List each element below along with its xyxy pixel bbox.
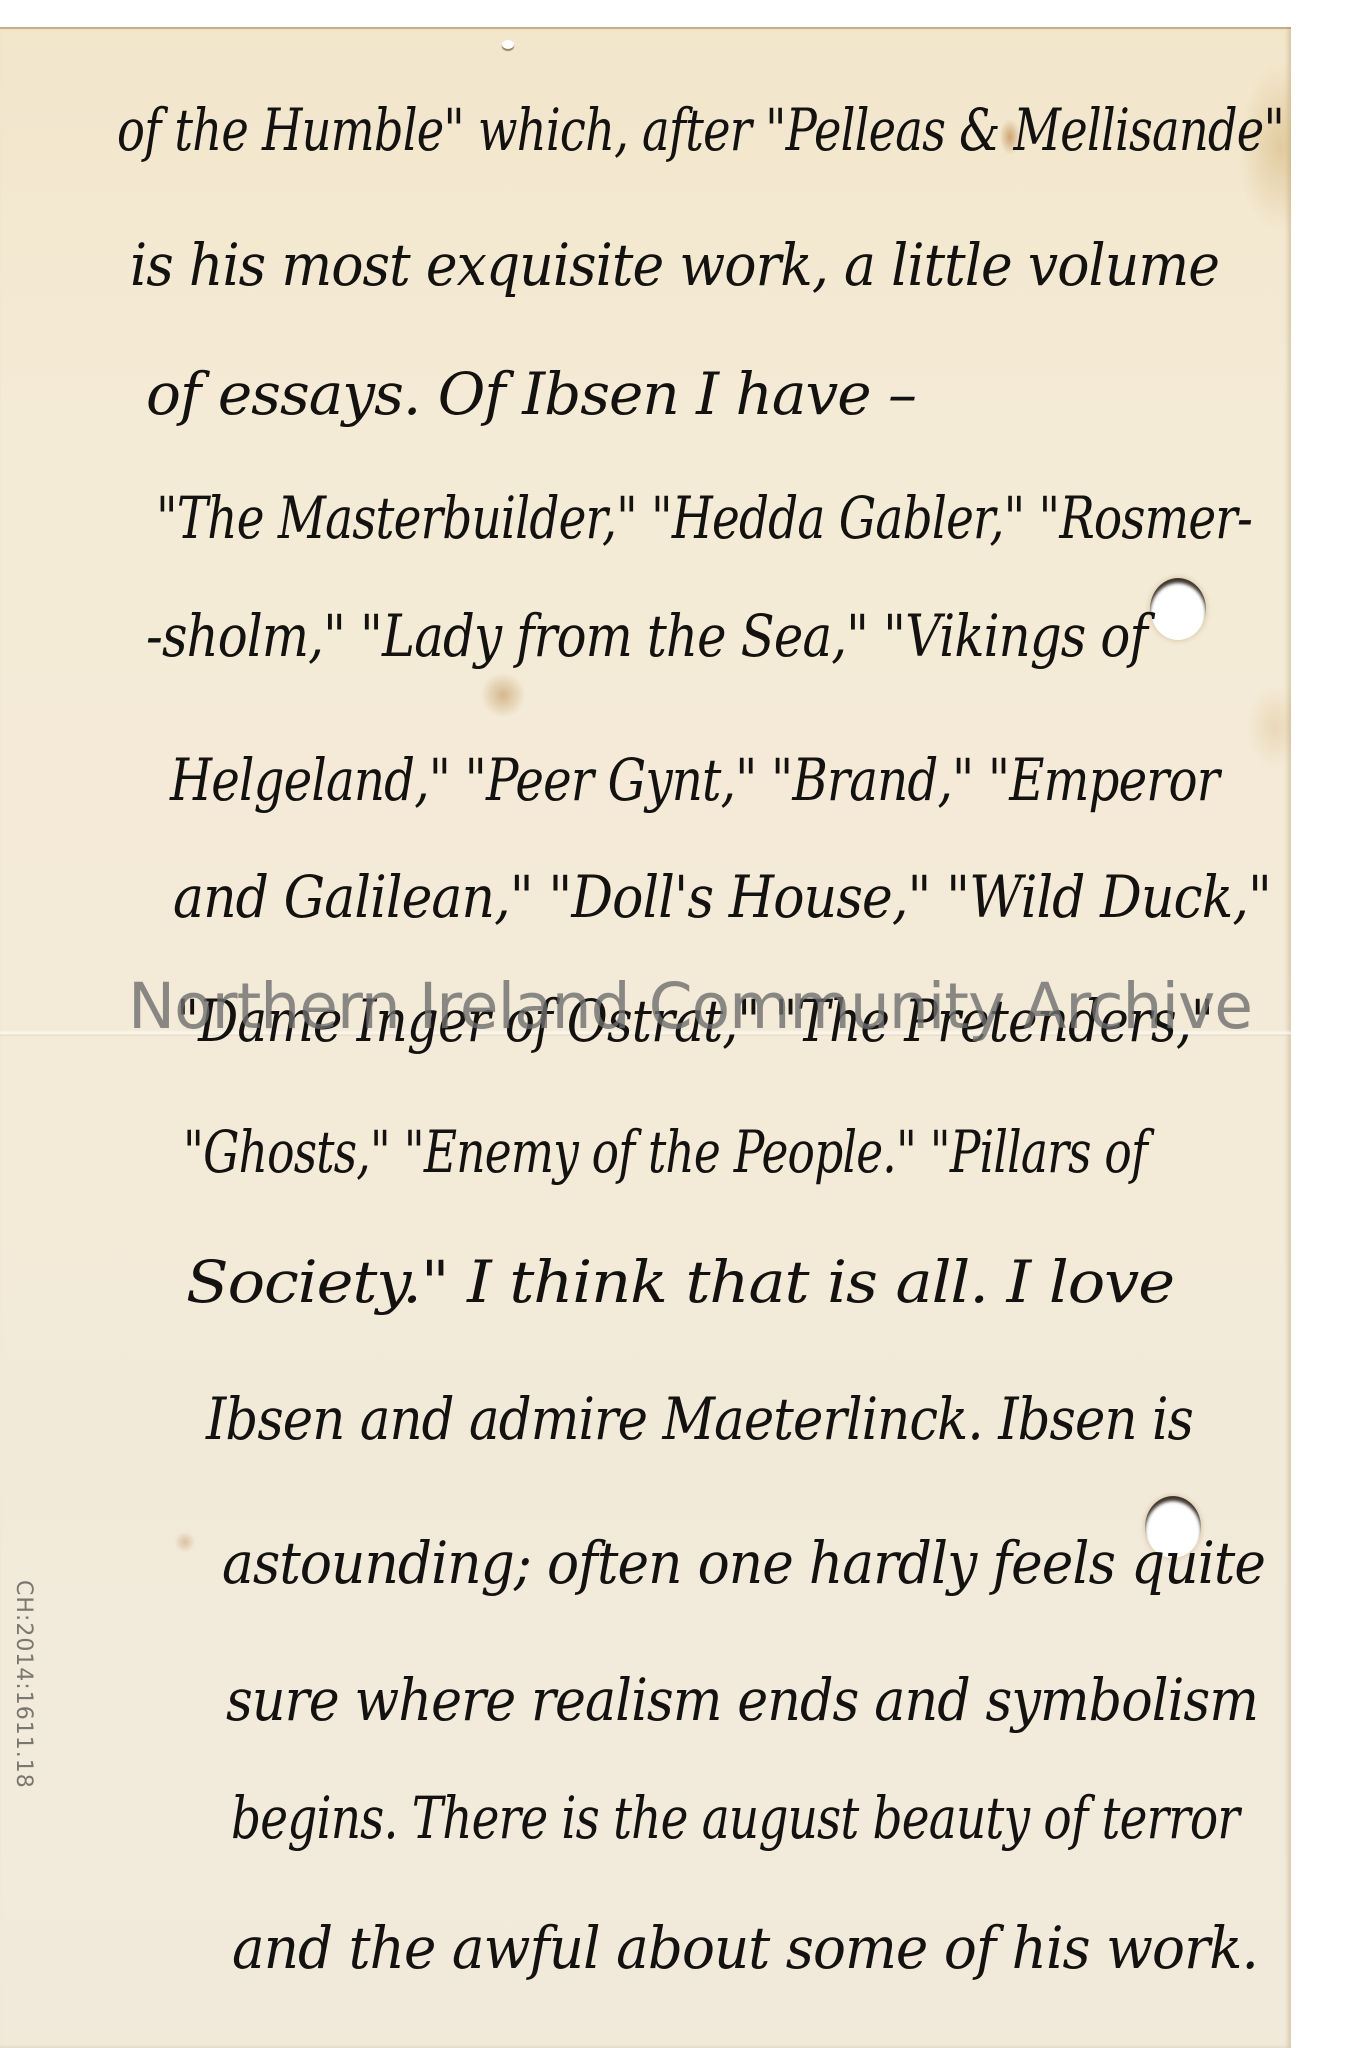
catalogue-number: CH:2014:1611.18 bbox=[6, 1580, 46, 1850]
handwriting-line-5: -sholm," "Lady from the Sea," "Vikings o… bbox=[146, 602, 1156, 670]
handwriting-line-10: Society." I think that is all. I love bbox=[186, 1248, 1174, 1316]
handwriting-line-12: astounding; often one hardly feels quite bbox=[222, 1529, 1265, 1597]
handwriting-line-3: of essays. Of Ibsen I have – bbox=[146, 360, 916, 428]
handwriting-line-14: begins. There is the august beauty of te… bbox=[231, 1784, 1242, 1852]
handwriting-line-7: and Galilean," "Doll's House," "Wild Duc… bbox=[173, 863, 1271, 931]
handwriting-line-9: "Ghosts," "Enemy of the People." "Pillar… bbox=[183, 1118, 1155, 1186]
handwriting-line-2: is his most exquisite work, a little vol… bbox=[130, 231, 1219, 299]
handwriting-line-6: Helgeland," "Peer Gynt," "Brand," "Emper… bbox=[169, 746, 1222, 814]
handwriting-line-1: of the Humble" which, after "Pelleas & M… bbox=[117, 96, 1284, 164]
catalogue-number-text: CH:2014:1611.18 bbox=[11, 1580, 36, 1789]
archive-watermark: Northern Ireland Community Archive bbox=[128, 975, 1218, 1038]
handwriting-line-15: and the awful about some of his work. bbox=[232, 1914, 1258, 1982]
handwriting-line-13: sure where realism ends and symbolism bbox=[226, 1666, 1258, 1734]
handwriting-line-11: Ibsen and admire Maeterlinck. Ibsen is bbox=[205, 1385, 1193, 1453]
handwriting-line-4: "The Masterbuilder," "Hedda Gabler," "Ro… bbox=[156, 484, 1252, 552]
